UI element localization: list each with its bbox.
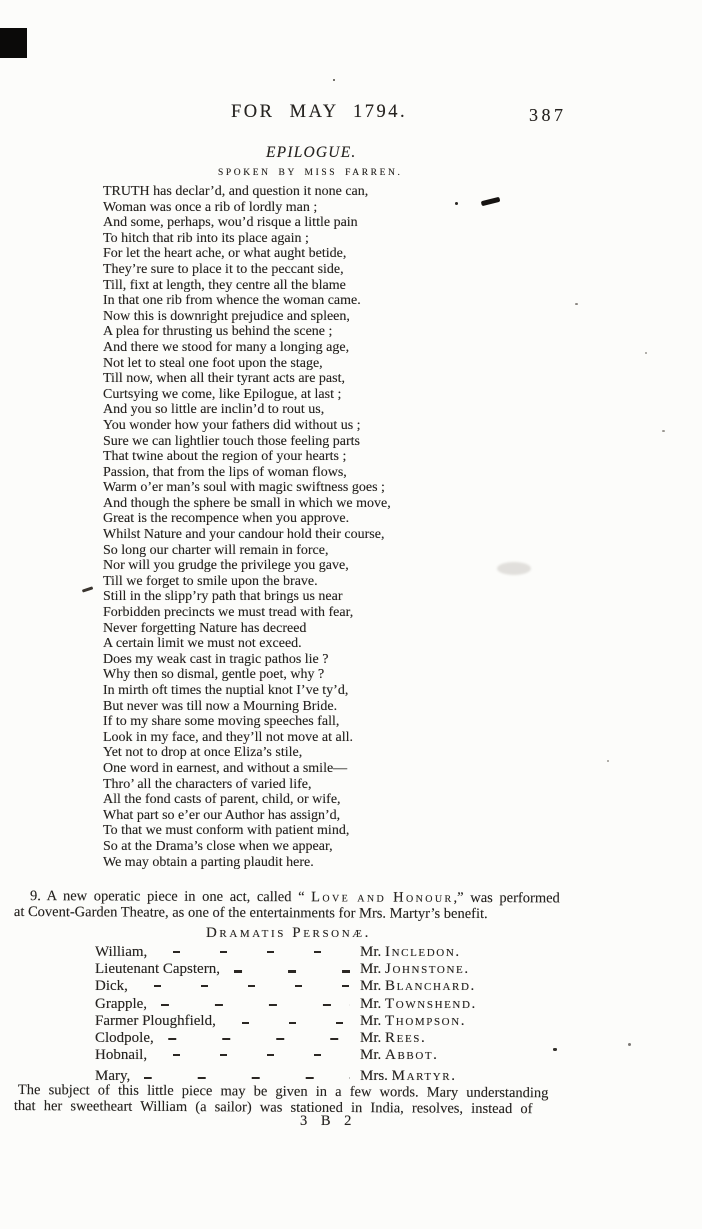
poem-line: And you so little are inclin’d to rout u… [103, 402, 503, 418]
poem-line: Thro’ all the characters of varied life, [103, 777, 503, 793]
poem-line: Passion, that from the lips of woman flo… [103, 465, 503, 481]
poem-line: Till now, when all their tyrant acts are… [103, 371, 503, 387]
scan-corner-black-mark [0, 28, 27, 58]
cast-actor: Mr. Abbot. [360, 1047, 487, 1064]
actor-prefix: Mr. [360, 1013, 381, 1029]
poem-line: Still in the slipp’ry path that brings u… [103, 589, 503, 605]
scan-speck [575, 303, 578, 305]
actor-name: Blanchard. [385, 978, 476, 994]
poem-line: Why then so dismal, gentle poet, why ? [103, 667, 503, 683]
cast-list: William, Mr. Incledon. Lieutenant Capste… [95, 944, 487, 1085]
poem-line: What part so e’er our Author has assign’… [103, 808, 503, 824]
poem-line: Woman was once a rib of lordly man ; [103, 200, 503, 216]
poem-line: One word in earnest, and without a smile… [103, 761, 503, 777]
poem-line: They’re sure to place it to the peccant … [103, 262, 503, 278]
scan-speck [628, 1043, 631, 1046]
cast-row: Clodpole, Mr. Rees. [95, 1030, 487, 1047]
cast-row: Hobnail, Mr. Abbot. [95, 1047, 487, 1064]
actor-prefix: Mr. [360, 1047, 381, 1063]
poem-line: Till we forget to smile upon the brave. [103, 574, 503, 590]
poem-line: And some, perhaps, wou’d risque a little… [103, 215, 503, 231]
dramatis-personae-heading: Dramatis Personæ. [206, 925, 371, 942]
cast-actor: Mr. Rees. [360, 1030, 487, 1047]
cast-row: Lieutenant Capstern, Mr. Johnstone. [95, 961, 487, 978]
poem-line: Till, fixt at length, they centre all th… [103, 278, 503, 294]
leader-dashes [147, 1047, 360, 1064]
poem-line: A plea for thrusting us behind the scene… [103, 324, 503, 340]
cast-role: Lieutenant Capstern, [95, 961, 220, 978]
performance-notice: 9. A new operatic piece in one act, call… [14, 888, 666, 924]
actor-prefix: Mr. [360, 944, 381, 960]
running-header-title: FOR MAY 1794. [231, 102, 407, 123]
poem-line: Nor will you grudge the privilege you ga… [103, 558, 503, 574]
scan-speck [607, 760, 609, 762]
cast-actor: Mr. Townshend. [360, 996, 487, 1013]
poem-line: That twine about the region of your hear… [103, 449, 503, 465]
cast-row: Grapple, Mr. Townshend. [95, 996, 487, 1013]
margin-dash-mark [82, 586, 93, 592]
leader-dashes [128, 978, 360, 995]
notice-line: at Covent-Garden Theatre, as one of the … [14, 904, 666, 923]
notice-text: 9. A new operatic piece in one act, call… [30, 888, 311, 905]
cast-role: Clodpole, [95, 1030, 154, 1047]
scan-speck [333, 79, 335, 81]
cast-row: William, Mr. Incledon. [95, 944, 487, 961]
poem-line: Warm o’er man’s soul with magic swiftnes… [103, 480, 503, 496]
cast-role: Dick, [95, 978, 128, 995]
poem-line: So at the Drama’s close when we appear, [103, 839, 503, 855]
scan-speck [645, 352, 647, 354]
poem-line: You wonder how your fathers did without … [103, 418, 503, 434]
poem-line: Whilst Nature and your candour hold thei… [103, 527, 503, 543]
poem-line: Never forgetting Nature has decreed [103, 621, 503, 637]
epilogue-heading: EPILOGUE. [266, 144, 356, 162]
poem-line: Yet not to drop at once Eliza’s stile, [103, 745, 503, 761]
leader-dashes [147, 996, 360, 1013]
cast-actor: Mr. Thompson. [360, 1013, 487, 1030]
printers-signature-mark: 3 B 2 [300, 1113, 353, 1130]
notice-text: ,” was performed [454, 890, 560, 906]
actor-prefix: Mr. [360, 978, 381, 994]
cast-role: William, [95, 944, 147, 961]
poem-line: Not let to steal one foot upon the stage… [103, 356, 503, 372]
poem-line: Now this is downright prejudice and sple… [103, 309, 503, 325]
cast-role: Grapple, [95, 996, 147, 1013]
cast-actor: Mr. Blanchard. [360, 978, 487, 995]
actor-name: Incledon. [385, 944, 461, 960]
epilogue-poem: TRUTH has declar’d, and question it none… [103, 184, 503, 870]
cast-actor: Mr. Johnstone. [360, 961, 487, 978]
actor-name: Thompson. [385, 1013, 466, 1029]
poem-line: And though the sphere be small in which … [103, 496, 503, 512]
cast-row: Dick, Mr. Blanchard. [95, 978, 487, 995]
cast-role: Hobnail, [95, 1047, 147, 1064]
cast-row: Farmer Ploughfield, Mr. Thompson. [95, 1013, 487, 1030]
poem-line: Look in my face, and they’ll not move at… [103, 730, 503, 746]
poem-line: Sure we can lightlier touch those feelin… [103, 434, 503, 450]
poem-line: A certain limit we must not exceed. [103, 636, 503, 652]
actor-prefix: Mr. [360, 961, 381, 977]
epilogue-subheading: SPOKEN BY MISS FARREN. [218, 168, 402, 178]
actor-name: Townshend. [385, 996, 477, 1012]
poem-line: In that one rib from whence the woman ca… [103, 293, 503, 309]
actor-name: Johnstone. [385, 961, 470, 977]
scan-speck [553, 1048, 557, 1051]
poem-line: For let the heart ache, or what aught be… [103, 246, 503, 262]
cast-actor: Mrs. Martyr. [360, 1068, 487, 1085]
page-number: 387 [529, 105, 567, 126]
actor-prefix: Mr. [360, 1030, 381, 1046]
scan-speck [662, 430, 665, 432]
play-title: Love and Honour [311, 889, 453, 906]
actor-prefix: Mr. [360, 996, 381, 1012]
poem-line: TRUTH has declar’d, and question it none… [103, 184, 503, 200]
cast-role: Farmer Ploughfield, [95, 1013, 216, 1030]
poem-line: To that we must conform with patient min… [103, 823, 503, 839]
poem-line: Forbidden precincts we must tread with f… [103, 605, 503, 621]
poem-line: In mirth oft times the nuptial knot I’ve… [103, 683, 503, 699]
actor-name: Abbot. [385, 1047, 439, 1063]
actor-name: Martyr. [392, 1068, 457, 1084]
leader-dashes [216, 1013, 360, 1030]
poem-line: We may obtain a parting plaudit here. [103, 855, 503, 871]
poem-line: To hitch that rib into its place again ; [103, 231, 503, 247]
poem-line: All the fond casts of parent, child, or … [103, 792, 503, 808]
poem-line: Does my weak cast in tragic pathos lie ? [103, 652, 503, 668]
poem-line: But never was till now a Mourning Bride. [103, 699, 503, 715]
actor-name: Rees. [385, 1030, 426, 1046]
leader-dashes [154, 1030, 360, 1047]
poem-line: If to my share some moving speeches fall… [103, 714, 503, 730]
poem-line: Curtsying we come, like Epilogue, at las… [103, 387, 503, 403]
leader-dashes [147, 944, 360, 961]
poem-line: And there we stood for many a longing ag… [103, 340, 503, 356]
poem-line: Great is the recompence when you approve… [103, 511, 503, 527]
cast-actor: Mr. Incledon. [360, 944, 487, 961]
leader-dashes [220, 961, 360, 978]
actor-prefix: Mrs. [360, 1068, 388, 1084]
poem-line: So long our charter will remain in force… [103, 543, 503, 559]
